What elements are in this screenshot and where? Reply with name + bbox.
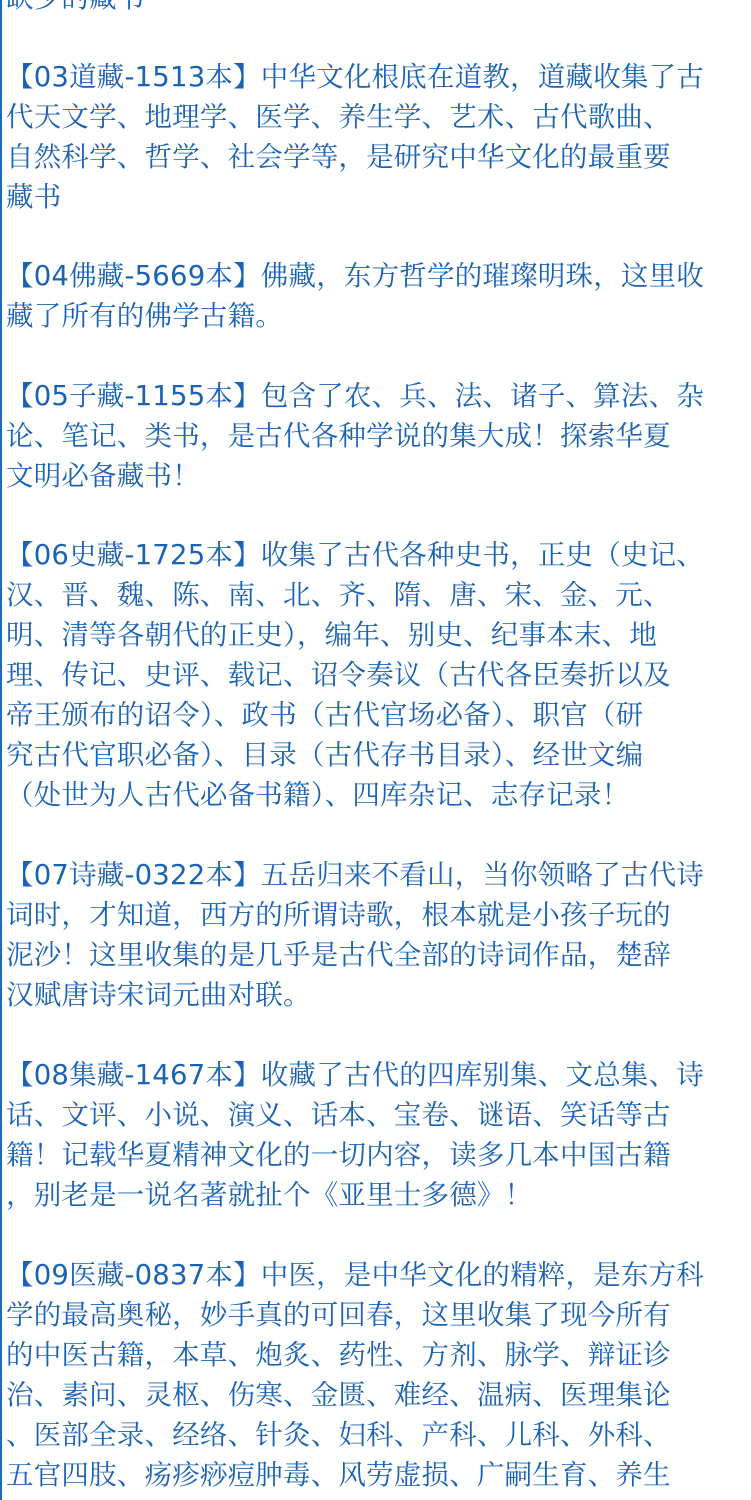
text-line: 藏书 bbox=[6, 177, 751, 217]
text-line: 明、清等各朝代的正史），编年、别史、纪事本末、地 bbox=[6, 615, 751, 655]
text-line: 五官四肢、疡疹痧痘肿毒、风劳虚损、广嗣生育、养生 bbox=[6, 1455, 751, 1495]
text-line: 【04佛藏-5669本】佛藏，东方哲学的璀璨明珠，这里收 bbox=[6, 256, 751, 296]
text-line: 治、素问、灵枢、伤寒、金匮、难经、温病、医理集论 bbox=[6, 1375, 751, 1415]
text-line: 汉赋唐诗宋词元曲对联。 bbox=[6, 975, 751, 1015]
text-line: 【06史藏-1725本】收集了古代各种史书，正史（史记、 bbox=[6, 535, 751, 575]
paragraph-07-shizang-poetry: 【07诗藏-0322本】五岳归来不看山，当你领略了古代诗 词时，才知道，西方的所… bbox=[6, 855, 751, 1015]
text-line: 【08集藏-1467本】收藏了古代的四库别集、文总集、诗 bbox=[6, 1055, 751, 1095]
paragraph-04-fozang: 【04佛藏-5669本】佛藏，东方哲学的璀璨明珠，这里收 藏了所有的佛学古籍。 bbox=[6, 256, 751, 336]
text-line: 究古代官职必备）、目录（古代存书目录）、经世文编 bbox=[6, 735, 751, 775]
paragraph-08-jizang: 【08集藏-1467本】收藏了古代的四库别集、文总集、诗 话、文评、小说、演义、… bbox=[6, 1055, 751, 1215]
text-line: 自然科学、哲学、社会学等，是研究中华文化的最重要 bbox=[6, 137, 751, 177]
paragraph-06-shizang: 【06史藏-1725本】收集了古代各种史书，正史（史记、 汉、晋、魏、陈、南、北… bbox=[6, 535, 751, 815]
text-line: 籍！记载华夏精神文化的一切内容，读多几本中国古籍 bbox=[6, 1135, 751, 1175]
text-line: 学的最高奥秘，妙手真的可回春，这里收集了现今所有 bbox=[6, 1295, 751, 1335]
text-line: 、医部全录、经络、针灸、妇科、产科、儿科、外科、 bbox=[6, 1415, 751, 1455]
paragraph-09-yizang: 【09医藏-0837本】中医，是中华文化的精粹，是东方科 学的最高奥秘，妙手真的… bbox=[6, 1255, 751, 1495]
text-line: 文明必备藏书！ bbox=[6, 456, 751, 496]
text-line: 汉、晋、魏、陈、南、北、齐、隋、唐、宋、金、元、 bbox=[6, 575, 751, 615]
paragraph-05-zizang: 【05子藏-1155本】包含了农、兵、法、诸子、算法、杂 论、笔记、类书，是古代… bbox=[6, 376, 751, 496]
text-line: 泥沙！这里收集的是几乎是古代全部的诗词作品，楚辞 bbox=[6, 935, 751, 975]
text-line: 【03道藏-1513本】中华文化根底在道教，道藏收集了古 bbox=[6, 57, 751, 97]
text-line: 话、文评、小说、演义、话本、宝卷、谜语、笑话等古 bbox=[6, 1095, 751, 1135]
paragraph-03-daozang: 【03道藏-1513本】中华文化根底在道教，道藏收集了古 代天文学、地理学、医学… bbox=[6, 57, 751, 217]
text-line: 代天文学、地理学、医学、养生学、艺术、古代歌曲、 bbox=[6, 97, 751, 137]
document-page: 缺少的藏书 【03道藏-1513本】中华文化根底在道教，道藏收集了古 代天文学、… bbox=[0, 0, 751, 1500]
text-line: 帝王颁布的诏令）、政书（古代官场必备）、职官（研 bbox=[6, 695, 751, 735]
text-line: 词时，才知道，西方的所谓诗歌，根本就是小孩子玩的 bbox=[6, 895, 751, 935]
text-line: 【09医藏-0837本】中医，是中华文化的精粹，是东方科 bbox=[6, 1255, 751, 1295]
text-line: 的中医古籍，本草、炮炙、药性、方剂、脉学、辩证诊 bbox=[6, 1335, 751, 1375]
paragraph-02-tail: 缺少的藏书 bbox=[6, 0, 751, 18]
text-line: 【07诗藏-0322本】五岳归来不看山，当你领略了古代诗 bbox=[6, 855, 751, 895]
text-line: 论、笔记、类书，是古代各种学说的集大成！探索华夏 bbox=[6, 416, 751, 456]
text-line: ，别老是一说名著就扯个《亚里士多德》！ bbox=[6, 1175, 751, 1215]
text-line: 缺少的藏书 bbox=[6, 0, 751, 18]
text-line: 藏了所有的佛学古籍。 bbox=[6, 296, 751, 336]
text-line: （处世为人古代必备书籍）、四库杂记、志存记录！ bbox=[6, 775, 751, 815]
text-line: 【05子藏-1155本】包含了农、兵、法、诸子、算法、杂 bbox=[6, 376, 751, 416]
text-line: 理、传记、史评、载记、诏令奏议（古代各臣奏折以及 bbox=[6, 655, 751, 695]
